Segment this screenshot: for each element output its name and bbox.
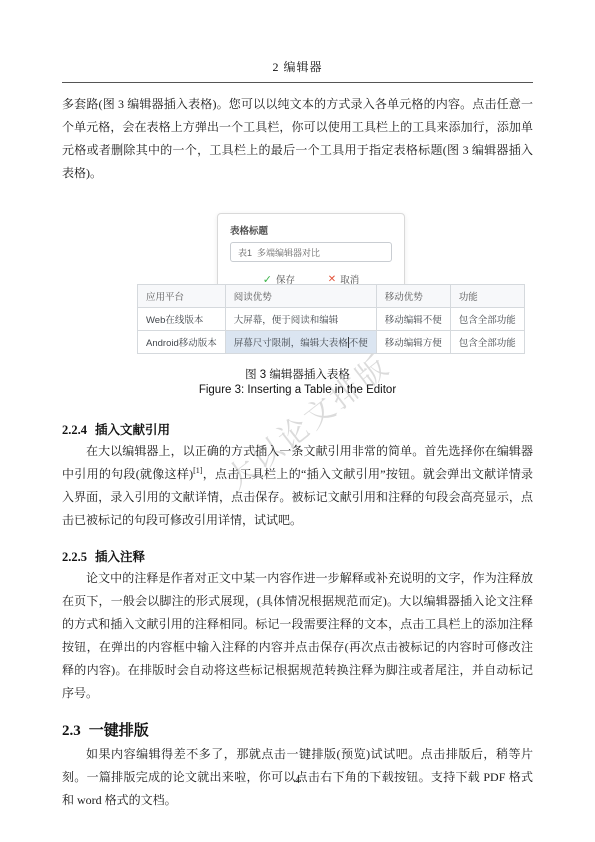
figure-caption-zh: 图 3 编辑器插入表格 xyxy=(62,366,533,382)
col-header-features[interactable]: 功能 xyxy=(450,285,524,308)
table-header-row: 应用平台 阅读优势 移动优势 功能 xyxy=(138,285,525,308)
comparison-table: 应用平台 阅读优势 移动优势 功能 Web在线版本 大屏幕，便于阅读和编辑 移动… xyxy=(137,284,525,354)
section-number: 2.2.5 xyxy=(62,550,87,564)
section-heading-2-3: 2.3一键排版 xyxy=(62,719,533,740)
section-title: 插入文献引用 xyxy=(95,423,170,437)
page-number: 4 xyxy=(0,775,595,786)
table-row: Web在线版本 大屏幕，便于阅读和编辑 移动编辑不便 包含全部功能 xyxy=(138,308,525,331)
selected-cell-text-after: 不便 xyxy=(349,338,368,349)
section-title: 插入注释 xyxy=(95,550,145,564)
document-page: 大以论文排版 2 编辑器 多套路(图 3 编辑器插入表格)。您可以以纯文本的方式… xyxy=(0,0,595,842)
section-number: 2.3 xyxy=(62,723,81,739)
col-header-mobile[interactable]: 移动优势 xyxy=(376,285,450,308)
table-title-input[interactable] xyxy=(230,242,392,262)
figure-caption-en: Figure 3: Inserting a Table in the Edito… xyxy=(62,384,533,396)
section-heading-2-2-5: 2.2.5插入注释 xyxy=(62,547,533,565)
figure-insert-table: 表格标题 ✓ 保存 ✕ 取消 xyxy=(62,193,533,405)
cell-android-features[interactable]: 包含全部功能 xyxy=(450,331,524,354)
selected-cell-text-before: 屏幕尺寸限制，编辑大表格 xyxy=(234,338,348,349)
col-header-platform[interactable]: 应用平台 xyxy=(138,285,226,308)
table-title-label: 表格标题 xyxy=(230,223,392,237)
x-icon: ✕ xyxy=(328,274,336,285)
cell-android-platform[interactable]: Android移动版本 xyxy=(138,331,226,354)
cell-android-mobile[interactable]: 移动编辑方便 xyxy=(376,331,450,354)
cell-web-reading[interactable]: 大屏幕，便于阅读和编辑 xyxy=(225,308,376,331)
paragraph-intro: 多套路(图 3 编辑器插入表格)。您可以以纯文本的方式录入各单元格的内容。点击任… xyxy=(62,93,533,185)
paragraph-footnotes: 论文中的注释是作者对正文中某一内容作进一步解释或补充说明的文字，作为注释放在页下… xyxy=(62,567,533,705)
cell-web-features[interactable]: 包含全部功能 xyxy=(450,308,524,331)
paragraph-citations: 在大以编辑器上，以正确的方式插入一条文献引用非常的简单。首先选择你在编辑器中引用… xyxy=(62,440,533,532)
col-header-reading[interactable]: 阅读优势 xyxy=(225,285,376,308)
section-number: 2.2.4 xyxy=(62,423,87,437)
section-title: 一键排版 xyxy=(89,723,149,739)
section-heading-2-2-4: 2.2.4插入文献引用 xyxy=(62,420,533,438)
table-row: Android移动版本 屏幕尺寸限制，编辑大表格不便 移动编辑方便 包含全部功能 xyxy=(138,331,525,354)
cell-android-reading-selected[interactable]: 屏幕尺寸限制，编辑大表格不便 xyxy=(225,331,376,354)
running-header: 2 编辑器 xyxy=(62,58,533,83)
cell-web-mobile[interactable]: 移动编辑不便 xyxy=(376,308,450,331)
cell-web-platform[interactable]: Web在线版本 xyxy=(138,308,226,331)
